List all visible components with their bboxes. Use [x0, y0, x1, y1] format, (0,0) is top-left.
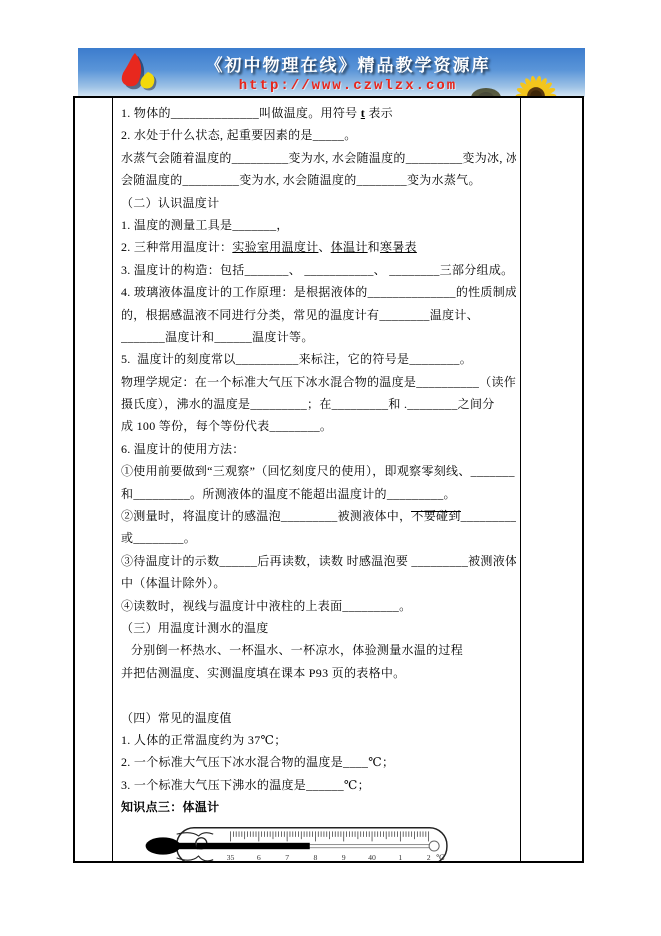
document-line: 摄氏度），沸水的温度是_________；在_________和 .______…: [121, 393, 516, 415]
document-line: 分别倒一杯热水、一杯温水、一杯凉水，体验测量水温的过程: [121, 639, 516, 661]
document-line: 1. 温度的测量工具是_______，: [121, 214, 516, 236]
sunflower-icon: [505, 76, 567, 97]
svg-text:35: 35: [227, 853, 235, 861]
site-logo-icon: [110, 50, 166, 96]
page: { "banner": { "title": "《初中物理在线》精品教学资源库"…: [0, 0, 661, 936]
document-line: （二）认识温度计: [121, 192, 516, 214]
worksheet-table: 1. 物体的______________叫做温度。用符号 t 表示2. 水处于什…: [73, 96, 584, 863]
document-line: [121, 684, 516, 706]
document-line: （三）用温度计测水的温度: [121, 617, 516, 639]
svg-text:℃: ℃: [436, 853, 445, 861]
document-line: _______温度计和______温度计等。: [121, 326, 516, 348]
document-line: ①使用前要做到“三观察”（回忆刻度尺的使用），即观察零刻线、_______: [121, 460, 516, 482]
svg-text:1: 1: [398, 853, 402, 861]
document-line: 2. 一个标准大气压下冰水混合物的温度是____℃；: [121, 751, 516, 773]
document-line: 中（体温计除外）。: [121, 572, 516, 594]
document-line: 1. 人体的正常温度约为 37℃；: [121, 729, 516, 751]
svg-text:8: 8: [313, 853, 317, 861]
document-line: （四）常见的温度值: [121, 707, 516, 729]
content-cell: 1. 物体的______________叫做温度。用符号 t 表示2. 水处于什…: [113, 98, 521, 861]
document-line: 4. 玻璃液体温度计的工作原理：是根据液体的______________的性质制…: [121, 281, 516, 303]
document-line: 并把估测温度、实测温度填在课本 P93 页的表格中。: [121, 662, 516, 684]
document-line: 2. 水处于什么状态, 起重要因素的是_____。: [121, 124, 516, 146]
document-line: 和_________。所测液体的温度不能超出温度计的_________。: [121, 483, 516, 505]
document-line: 会随温度的_________变为水, 水会随温度的________变为水蒸气。: [121, 169, 516, 191]
document-line: 5. 温度计的刻度常以__________来标注，它的符号是________。: [121, 348, 516, 370]
document-line: ③待温度计的示数______后再读数，读数 时感温泡要 _________被测液…: [121, 550, 516, 572]
document-line: 物理学规定：在一个标准大气压下冰水混合物的温度是__________（读作零: [121, 371, 516, 393]
thermometer-figure: 3567894012℃: [131, 825, 516, 862]
document-line: 1. 物体的______________叫做温度。用符号 t 表示: [121, 102, 516, 124]
document-line: 的，根据感温液不同进行分类，常见的温度计有________温度计、: [121, 304, 516, 326]
svg-text:2: 2: [427, 853, 431, 861]
document-line: 或________。: [121, 527, 516, 549]
document-line: 3. 温度计的构造：包括_______、 ___________、 ______…: [121, 259, 516, 281]
svg-text:6: 6: [257, 853, 261, 861]
document-lines: 1. 物体的______________叫做温度。用符号 t 表示2. 水处于什…: [121, 102, 516, 819]
banner-title: 《初中物理在线》精品教学资源库: [168, 51, 528, 76]
document-line: ②测量时，将温度计的感温泡_________被测液体中，不要碰到________…: [121, 505, 516, 527]
svg-text:40: 40: [368, 853, 376, 861]
document-line: 6. 温度计的使用方法：: [121, 438, 516, 460]
svg-text:9: 9: [342, 853, 346, 861]
svg-text:7: 7: [285, 853, 289, 861]
margin-cell-left: [75, 98, 113, 861]
document-line: 水蒸气会随着温度的_________变为水, 水会随温度的_________变为…: [121, 147, 516, 169]
site-banner: 《初中物理在线》精品教学资源库 http://www.czwlzx.com: [78, 48, 585, 97]
margin-cell-right: [521, 98, 582, 861]
document-line: 2. 三种常用温度计：实验室用温度计、体温计和寒暑表: [121, 236, 516, 258]
document-line: 知识点三：体温计: [121, 796, 516, 818]
mercury-column: [197, 842, 310, 848]
document-line: 3. 一个标准大气压下沸水的温度是______℃；: [121, 774, 516, 796]
document-line: 成 100 等份，每个等份代表________。: [121, 415, 516, 437]
document-line: ④读数时，视线与温度计中液柱的上表面_________。: [121, 595, 516, 617]
